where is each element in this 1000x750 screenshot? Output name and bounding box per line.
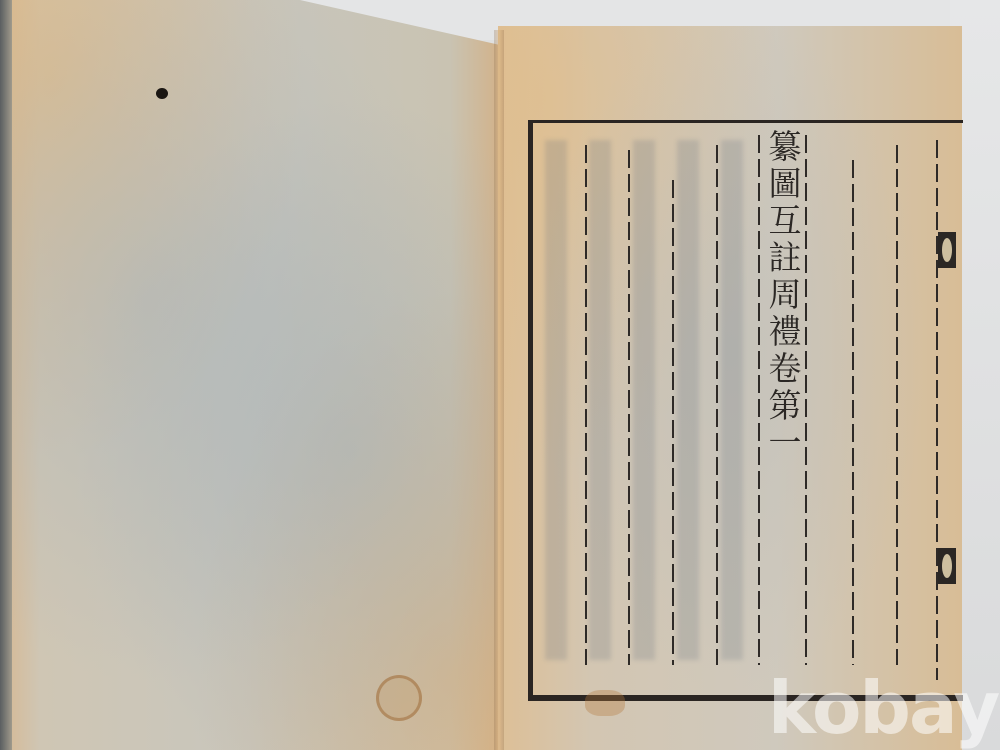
volume-title: 纂 圖 互 註 周 禮 卷 第 一 xyxy=(760,128,810,468)
book-gutter xyxy=(494,30,504,750)
column-rule xyxy=(852,160,854,665)
column-rule xyxy=(672,180,674,665)
title-char: 卷 xyxy=(769,350,802,387)
water-stain xyxy=(585,690,625,716)
watermark: kobay xyxy=(768,668,998,748)
book-cover-edge xyxy=(0,0,12,750)
column-rule xyxy=(896,145,898,665)
left-page xyxy=(0,0,500,750)
title-char: 禮 xyxy=(769,313,802,350)
title-char: 互 xyxy=(769,202,802,239)
worm-hole xyxy=(156,88,168,99)
title-char: 第 xyxy=(769,387,802,424)
title-char: 一 xyxy=(769,424,802,461)
column-rule xyxy=(628,150,630,665)
fishtail-mark-upper-icon xyxy=(938,232,956,268)
fishtail-mark-lower-icon xyxy=(938,548,956,584)
title-char: 纂 xyxy=(769,128,802,165)
title-char: 圖 xyxy=(769,165,802,202)
title-char: 註 xyxy=(769,239,802,276)
column-rule xyxy=(936,140,938,680)
water-stain xyxy=(376,675,422,721)
column-rule xyxy=(716,145,718,665)
column-rule xyxy=(585,145,587,665)
title-char: 周 xyxy=(769,276,802,313)
